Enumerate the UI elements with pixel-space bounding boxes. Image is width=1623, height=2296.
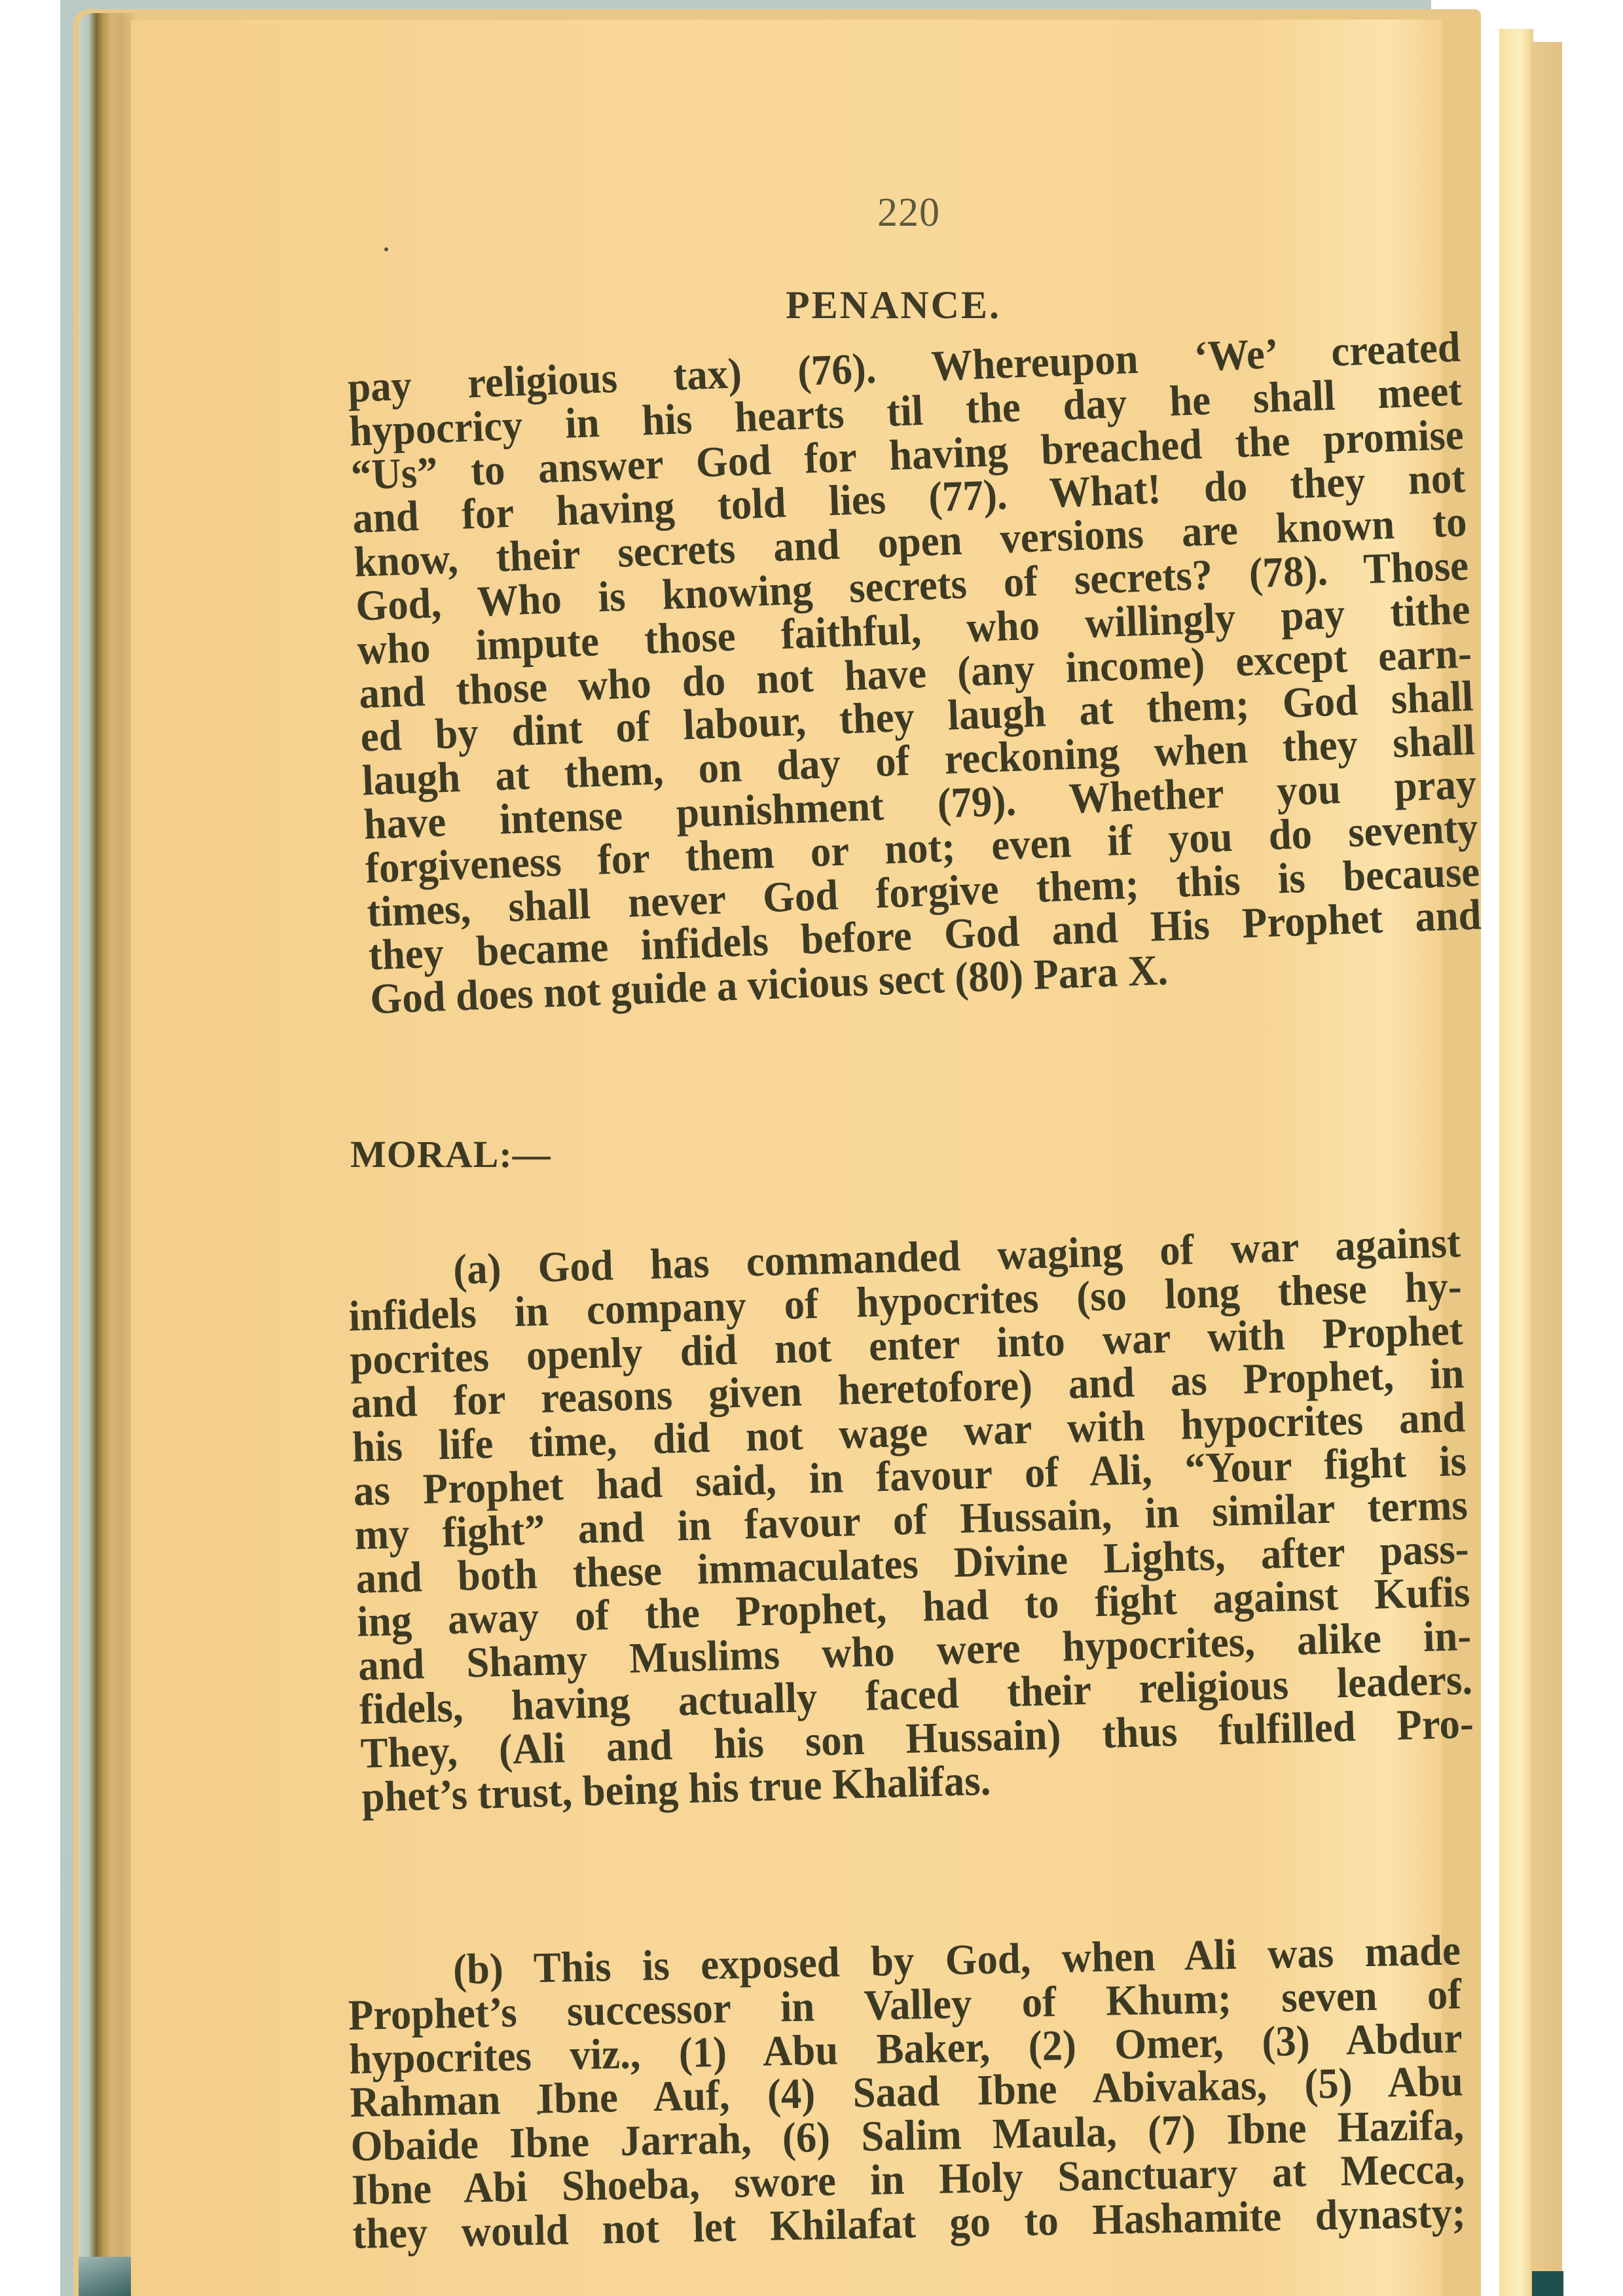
chapter-title: PENANCE. xyxy=(786,283,1001,328)
page-text: 220 PENANCE. pay religious tax) (76). Wh… xyxy=(0,0,1623,2296)
moral-heading: MORAL:— xyxy=(350,1132,551,1176)
ink-speck xyxy=(384,247,388,251)
moral-point-a: (a) God has commanded waging of war agai… xyxy=(347,1221,1475,1820)
paragraph-verse-76-80: pay religious tax) (76). Whereupon ‘We’ … xyxy=(347,326,1484,1022)
moral-point-b: (b) This is exposed by God, when Ali was… xyxy=(347,1929,1466,2256)
page-number: 220 xyxy=(877,190,940,236)
